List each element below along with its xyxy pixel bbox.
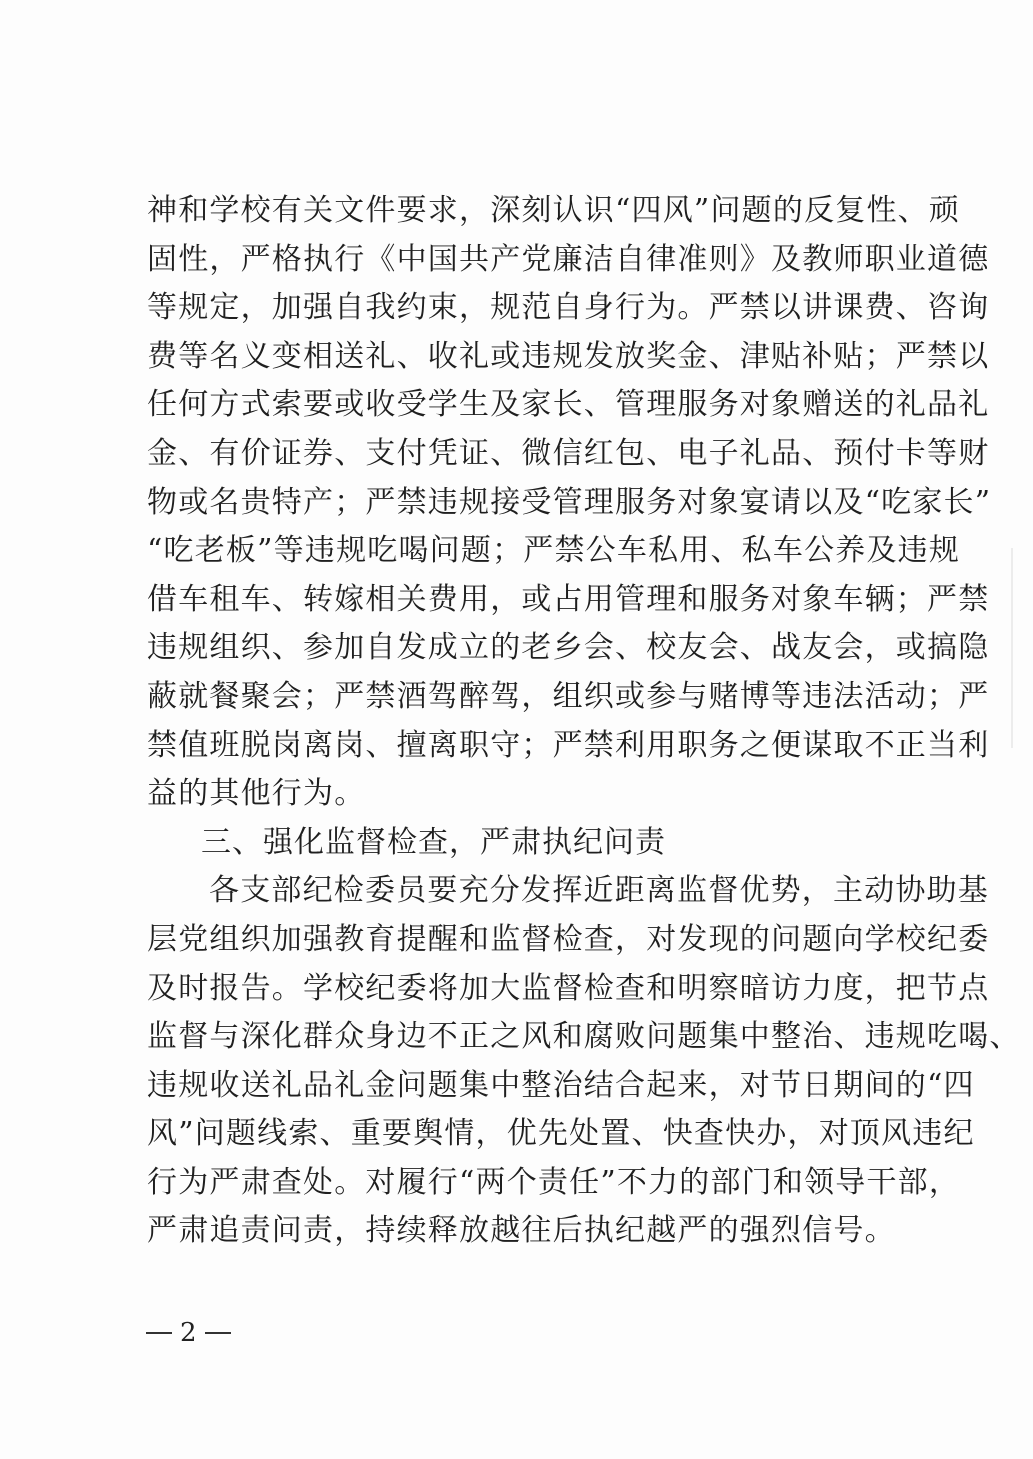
document-body: 神和学校有关文件要求，深刻认识“四风”问题的反复性、顽 固性，严格执行《中国共产… — [147, 187, 899, 1256]
text-line: 费等名义变相送礼、收礼或违规发放奖金、津贴补贴；严禁以 — [147, 333, 899, 382]
dash-left-icon — [146, 1332, 172, 1334]
text-line: 违规组织、参加自发成立的老乡会、校友会、战友会，或搞隐 — [147, 624, 899, 673]
text-line: 任何方式索要或收受学生及家长、管理服务对象赠送的礼品礼 — [147, 381, 899, 430]
text-line: 神和学校有关文件要求，深刻认识“四风”问题的反复性、顽 — [147, 187, 899, 236]
paragraph-prohibitions: 神和学校有关文件要求，深刻认识“四风”问题的反复性、顽 固性，严格执行《中国共产… — [147, 187, 899, 819]
text-line: 蔽就餐聚会；严禁酒驾醉驾，组织或参与赌博等违法活动；严 — [147, 673, 899, 722]
text-line: 监督与深化群众身边不正之风和腐败问题集中整治、违规吃喝、 — [147, 1013, 899, 1062]
text-line: 行为严肃查处。对履行“两个责任”不力的部门和领导干部， — [147, 1159, 899, 1208]
text-line: 借车租车、转嫁相关费用，或占用管理和服务对象车辆；严禁 — [147, 576, 899, 625]
dash-right-icon — [205, 1332, 231, 1334]
text-line: 严肃追责问责，持续释放越往后执纪越严的强烈信号。 — [147, 1207, 899, 1256]
text-line: 金、有价证券、支付凭证、微信红包、电子礼品、预付卡等财 — [147, 430, 899, 479]
text-line: “吃老板”等违规吃喝问题；严禁公车私用、私车公养及违规 — [147, 527, 899, 576]
text-line: 禁值班脱岗离岗、擅离职守；严禁利用职务之便谋取不正当利 — [147, 722, 899, 771]
scan-edge-artifact — [1011, 548, 1013, 748]
section-heading: 三、强化监督检查，严肃执纪问责 — [147, 819, 899, 868]
document-page: 神和学校有关文件要求，深刻认识“四风”问题的反复性、顽 固性，严格执行《中国共产… — [0, 0, 1033, 1459]
paragraph-supervision: 各支部纪检委员要充分发挥近距离监督优势，主动协助基 层党组织加强教育提醒和监督检… — [147, 867, 899, 1256]
page-number: 2 — [180, 1318, 197, 1348]
text-line: 固性，严格执行《中国共产党廉洁自律准则》及教师职业道德 — [147, 236, 899, 285]
text-line: 风”问题线索、重要舆情，优先处置、快查快办，对顶风违纪 — [147, 1110, 899, 1159]
text-line: 各支部纪检委员要充分发挥近距离监督优势，主动协助基 — [147, 867, 899, 916]
text-line: 等规定，加强自我约束，规范自身行为。严禁以讲课费、咨询 — [147, 284, 899, 333]
page-footer: 2 — [146, 1318, 231, 1348]
text-line: 益的其他行为。 — [147, 770, 899, 819]
text-line: 物或名贵特产；严禁违规接受管理服务对象宴请以及“吃家长” — [147, 479, 899, 528]
text-line: 及时报告。学校纪委将加大监督检查和明察暗访力度，把节点 — [147, 965, 899, 1014]
text-line: 违规收送礼品礼金问题集中整治结合起来，对节日期间的“四 — [147, 1062, 899, 1111]
text-line: 层党组织加强教育提醒和监督检查，对发现的问题向学校纪委 — [147, 916, 899, 965]
